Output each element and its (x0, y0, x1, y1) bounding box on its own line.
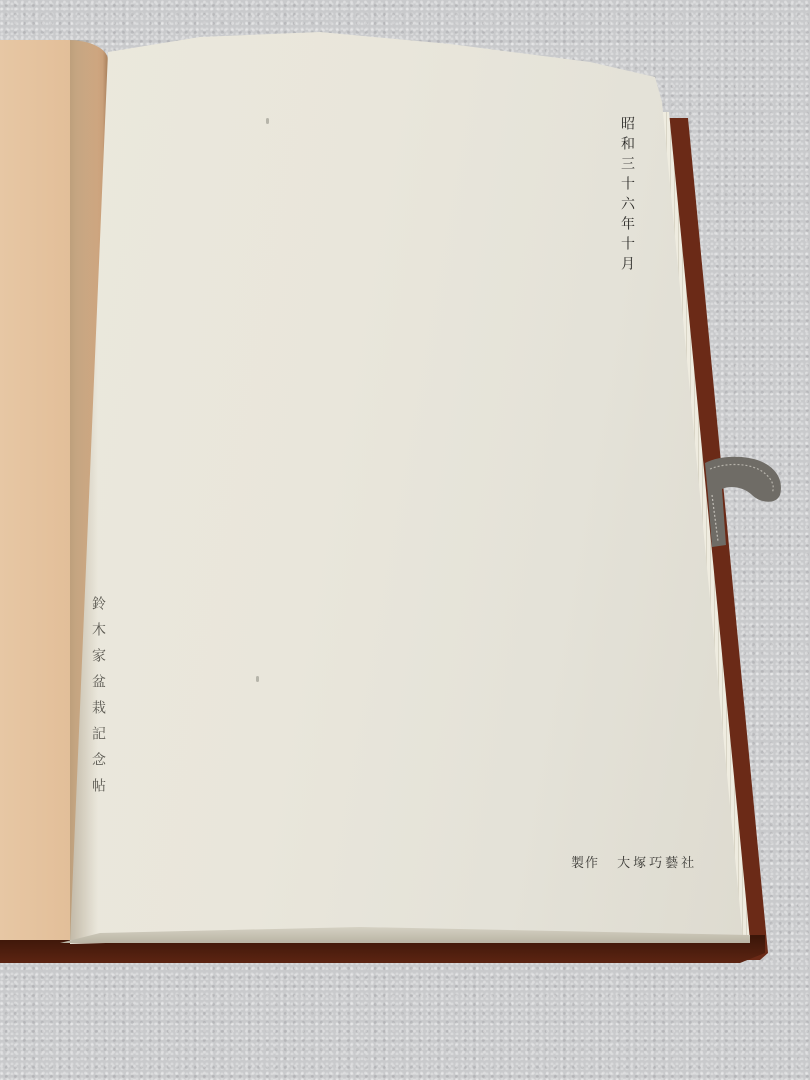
page-blemish (256, 676, 259, 682)
date-vertical-text: 昭和三十六年十月 (617, 116, 637, 276)
right-page (70, 32, 742, 944)
bookmark-ribbon-icon (700, 455, 790, 555)
book-photo-scene: 昭和三十六年十月 鈴木家盆栽記念帖 製作 大塚巧藝社 (0, 0, 810, 1080)
album-title-vertical-text: 鈴木家盆栽記念帖 (88, 596, 108, 804)
page-blemish (266, 118, 269, 124)
maker-credit: 製作 大塚巧藝社 (571, 852, 697, 871)
gutter-shadow (70, 40, 98, 940)
maker-name: 大塚巧藝社 (617, 856, 697, 871)
maker-label: 製作 (571, 856, 599, 871)
